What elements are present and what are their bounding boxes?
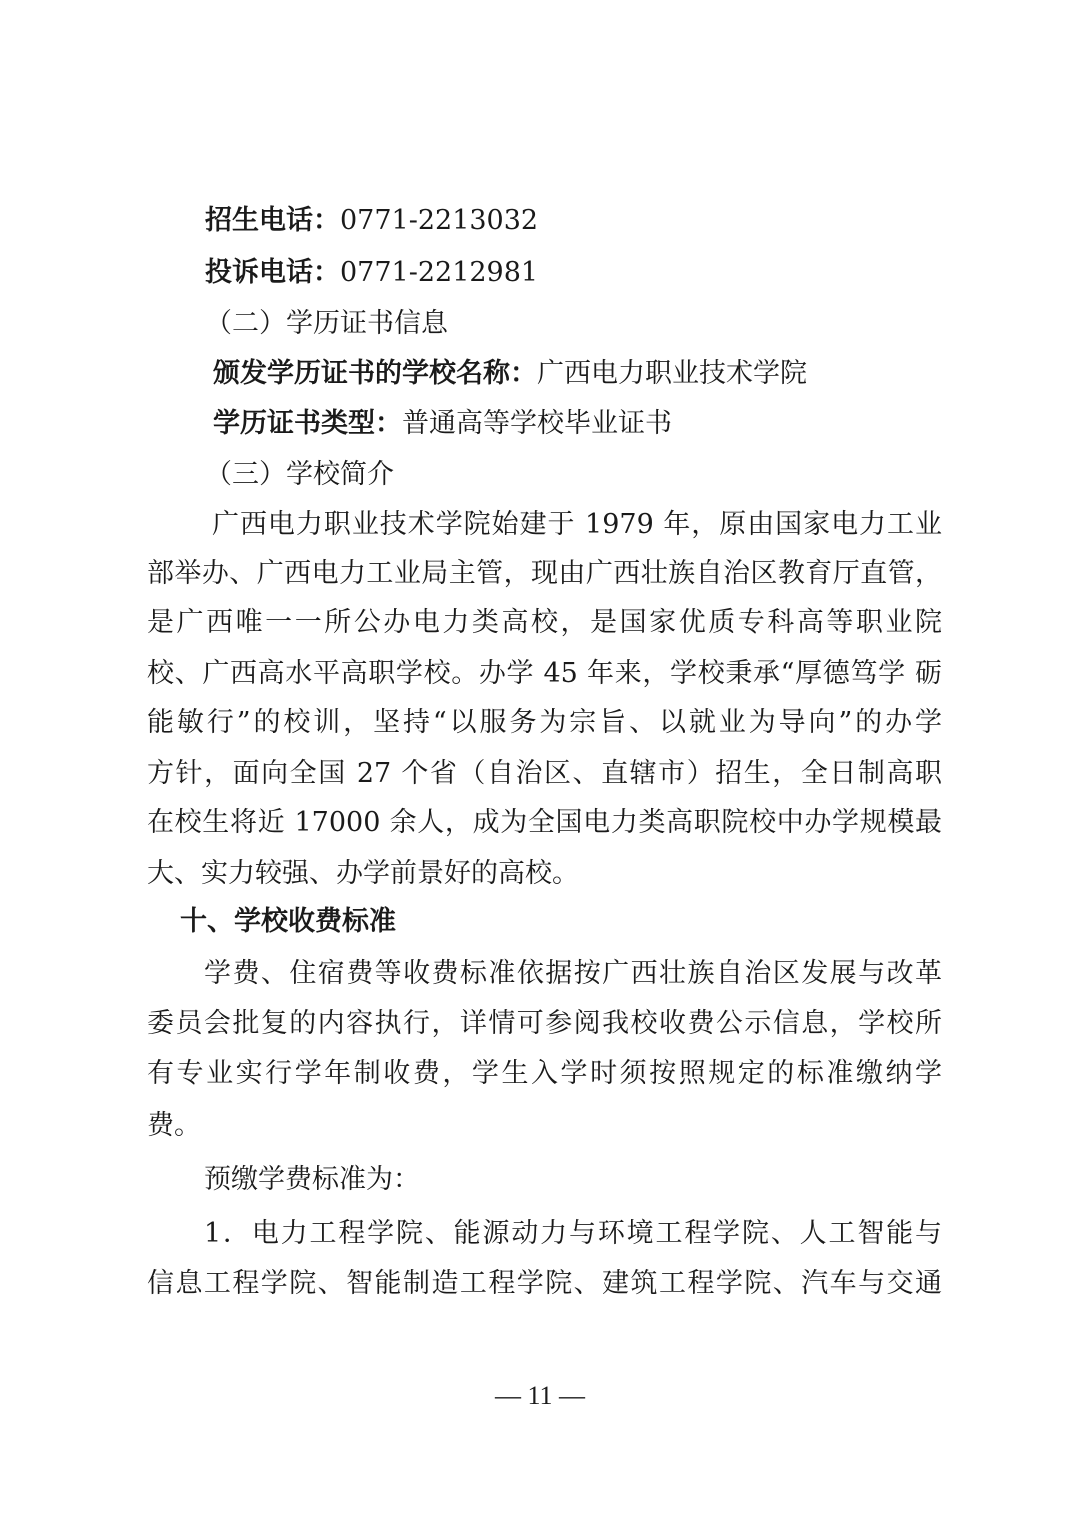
item-1-line: 1．电力工程学院、能源动力与环境工程学院、人工智能与 [204, 1214, 942, 1254]
intro-line: 校、广西高水平高职学校。办学 45 年来，学校秉承“厚德笃学 砺 [147, 654, 942, 694]
document-page: 招生电话：0771-2213032 投诉电话：0771-2212981 （二）学… [0, 0, 1080, 1527]
enroll-phone-value: 0771-2213032 [340, 205, 538, 236]
complaint-phone-label: 投诉电话： [205, 257, 340, 288]
certificate-type-line: 学历证书类型：普通高等学校毕业证书 [213, 404, 672, 444]
intro-line: 能敏行”的校训，坚持“以服务为宗旨、以就业为导向”的办学 [147, 703, 942, 743]
section-2-title: （二）学历证书信息 [205, 304, 448, 344]
complaint-phone-value: 0771-2212981 [340, 257, 538, 288]
certificate-type-label: 学历证书类型： [213, 408, 402, 439]
issuer-label: 颁发学历证书的学校名称： [213, 358, 537, 389]
intro-line: 部举办、广西电力工业局主管，现由广西壮族自治区教育厅直管， [147, 554, 942, 594]
page-number: — 11 — [0, 1376, 1080, 1416]
intro-line: 是广西唯一一所公办电力类高校，是国家优质专科高等职业院 [147, 603, 942, 643]
enroll-phone-label: 招生电话： [205, 205, 340, 236]
intro-line: 方针，面向全国 27 个省（自治区、直辖市）招生，全日制高职 [147, 754, 942, 794]
section-3-title: （三）学校简介 [205, 455, 394, 495]
complaint-phone-line: 投诉电话：0771-2212981 [205, 253, 538, 293]
intro-line: 在校生将近 17000 余人，成为全国电力类高职院校中办学规模最 [147, 803, 942, 843]
section-10-heading: 十、学校收费标准 [180, 902, 396, 942]
fee-paragraph-line: 费。 [147, 1106, 201, 1146]
certificate-type-value: 普通高等学校毕业证书 [402, 408, 672, 439]
issuer-value: 广西电力职业技术学院 [537, 358, 807, 389]
enroll-phone-line: 招生电话：0771-2213032 [205, 201, 538, 241]
issuer-line: 颁发学历证书的学校名称：广西电力职业技术学院 [213, 354, 807, 394]
item-1-line: 信息工程学院、智能制造工程学院、建筑工程学院、汽车与交通 [147, 1264, 942, 1304]
intro-line: 大、实力较强、办学前景好的高校。 [147, 854, 579, 894]
intro-line: 广西电力职业技术学院始建于 1979 年，原由国家电力工业 [212, 505, 942, 545]
fee-paragraph-line: 委员会批复的内容执行，详情可参阅我校收费公示信息，学校所 [147, 1004, 942, 1044]
fee-paragraph-line: 有专业实行学年制收费，学生入学时须按照规定的标准缴纳学 [147, 1054, 942, 1094]
prepay-intro: 预缴学费标准为： [204, 1160, 420, 1200]
fee-paragraph-line: 学费、住宿费等收费标准依据按广西壮族自治区发展与改革 [204, 954, 942, 994]
